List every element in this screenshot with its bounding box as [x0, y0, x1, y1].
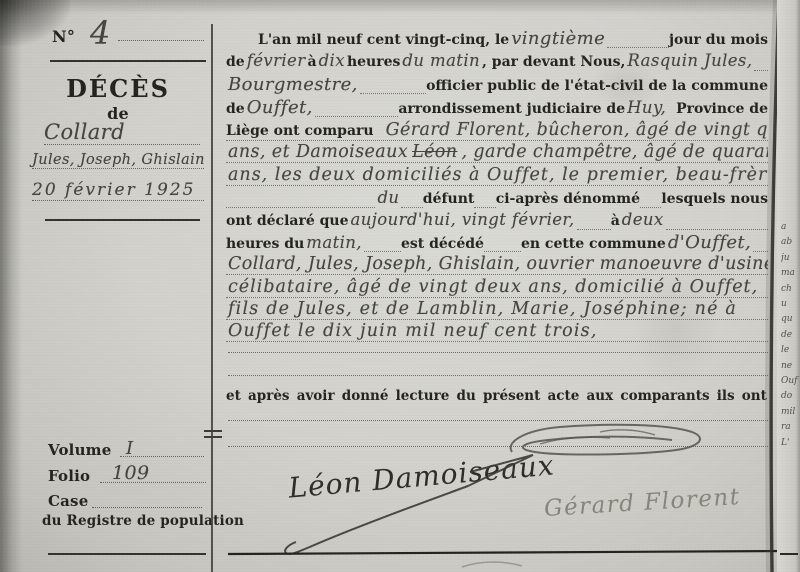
dotted-rule — [228, 375, 768, 376]
printed-text: jour du mois — [669, 32, 768, 48]
printed-text: en cette commune — [521, 236, 666, 252]
dotted-rule — [640, 195, 661, 208]
handwritten-text: février — [245, 51, 308, 71]
register-label: du Registre de population — [42, 513, 244, 529]
dotted-rule — [364, 239, 401, 252]
page-edge-shadow — [768, 0, 776, 572]
printed-text: de — [226, 101, 245, 117]
dotted-rule — [228, 420, 768, 421]
act-line-2: de février à dix heures du matin , par d… — [226, 51, 768, 71]
dotted-rule — [120, 456, 204, 457]
text-fragment: le — [781, 343, 800, 358]
text-fragment: a — [781, 220, 800, 235]
margin-divider — [50, 60, 206, 62]
scan-shadow-top — [0, 0, 800, 14]
text-fragment: do — [781, 389, 800, 404]
dotted-rule — [118, 40, 204, 41]
dotted-rule — [753, 239, 768, 252]
printed-text: de — [226, 54, 245, 70]
handwritten-text: du matin — [400, 51, 482, 71]
handwritten-text: aujourd'hui, vingt février, — [349, 210, 577, 230]
act-line-13: fils de Jules, et de Lamblin, Marie, Jos… — [226, 299, 768, 320]
margin-title: DÉCÈS — [30, 74, 206, 103]
text-fragment: L' — [781, 436, 800, 451]
text-fragment: qu — [781, 312, 800, 327]
signature-witness-damoiseaux: Léon Damoiseaux — [287, 448, 556, 504]
death-certificate-scan: N° 4 DÉCÈS de Collard Jules, Joseph, Ghi… — [0, 0, 800, 572]
handwritten-text: Huy, — [625, 98, 668, 117]
act-bottom-rule — [228, 551, 788, 554]
adjacent-page-text: a ab ju ma ch u qu de le ne Ouf do mil r… — [781, 220, 800, 451]
case-label: Case — [48, 492, 88, 510]
margin-vertical-rule — [211, 24, 213, 572]
margin-divider — [48, 553, 206, 555]
handwritten-text: Gérard Florent, bûcheron, âgé de vingt q… — [384, 120, 768, 141]
printed-text: L'an mil neuf cent vingt-cinq, le — [258, 32, 509, 48]
printed-text: à — [308, 54, 317, 70]
handwritten-text: Collard, Jules, Joseph, Ghislain, ouvrie… — [226, 254, 768, 275]
folio-row: Folio — [48, 467, 90, 485]
dotted-rule — [228, 352, 768, 353]
dotted-rule — [360, 81, 426, 94]
handwritten-text: fils de Jules, et de Lamblin, Marie, Jos… — [226, 299, 739, 320]
dotted-rule — [100, 482, 206, 483]
volume-label: Volume — [48, 441, 112, 459]
signature-witness-florent: Gérard Florent — [543, 484, 741, 522]
act-line-6: ans, et Damoiseaux Léon , garde champêtr… — [226, 142, 768, 163]
printed-text: arrondissement judiciaire de — [398, 101, 625, 117]
handwritten-text: d'Ouffet, — [666, 232, 753, 252]
act-line-3: Bourgmestre, officier public de l'état-c… — [226, 74, 768, 94]
act-line-11: Collard, Jules, Joseph, Ghislain, ouvrie… — [226, 254, 768, 275]
act-line-1: L'an mil neuf cent vingt-cinq, le vingti… — [226, 28, 768, 48]
handwritten-text: dix — [317, 51, 347, 71]
handwritten-text: ans, les deux domiciliés à Ouffet, le pr… — [226, 165, 768, 186]
act-line-7: ans, les deux domiciliés à Ouffet, le pr… — [226, 165, 768, 186]
faint-pen-mark — [462, 562, 522, 567]
printed-text: Province de — [676, 101, 768, 117]
text-fragment: ch — [781, 282, 800, 297]
printed-text: Liège ont comparu — [226, 123, 374, 139]
handwritten-text: Ouffet, — [245, 97, 315, 117]
handwritten-text: Bourgmestre, — [226, 74, 360, 94]
handwritten-text: Rasquin Jules, — [625, 51, 754, 71]
dotted-rule — [577, 217, 611, 230]
act-line-8: du défunt ci-après dénommé lesquels nous — [226, 188, 768, 208]
text-fragment: ab — [781, 235, 800, 250]
act-number-label: N° — [52, 27, 75, 46]
printed-text: est décédé — [401, 236, 484, 252]
printed-text: ci-après dénommé — [496, 191, 640, 207]
printed-text: officier public de l'état-civil de la co… — [426, 78, 768, 94]
text-fragment: ra — [781, 420, 800, 435]
scan-shadow-left — [0, 0, 22, 572]
act-line-14: Ouffet le dix juin mil neuf cent trois, — [226, 321, 768, 342]
folio-value: 109 — [112, 462, 149, 484]
handwritten-text: vingtième — [509, 28, 607, 48]
margin-deceased-firstnames: Jules, Joseph, Ghislain — [32, 152, 204, 169]
rule-tick — [204, 436, 222, 438]
adjacent-page-rule — [780, 553, 798, 555]
text-fragment: ma — [781, 266, 800, 281]
handwritten-text: deux — [620, 210, 666, 230]
act-line-closing: et après avoir donné lecture du présent … — [226, 388, 768, 408]
margin-deceased-surname: Collard — [44, 120, 200, 145]
case-row: Case — [48, 492, 88, 510]
dotted-rule — [474, 195, 495, 208]
act-line-12: célibataire, âgé de vingt deux ans, domi… — [226, 277, 768, 298]
printed-text: , par devant Nous, — [482, 54, 625, 70]
handwritten-text: , garde champêtre, âgé de quarante huit — [459, 142, 768, 163]
act-line-4: de Ouffet, arrondissement judiciaire de … — [226, 97, 768, 117]
text-fragment: mil — [781, 405, 800, 420]
margin-death-date: 20 février 1925 — [32, 180, 204, 201]
handwritten-text: du — [375, 188, 401, 208]
handwritten-text: matin, — [304, 233, 364, 252]
text-fragment: u — [781, 297, 800, 312]
dotted-rule — [226, 195, 375, 208]
dotted-rule — [315, 104, 399, 117]
text-fragment: Ouf — [781, 374, 800, 389]
dotted-rule — [484, 239, 521, 252]
handwritten-text: célibataire, âgé de vingt deux ans, domi… — [226, 277, 760, 298]
volume-row: Volume — [48, 441, 112, 459]
text-fragment: de — [781, 328, 800, 343]
act-line-5: Liège ont comparu Gérard Florent, bûcher… — [226, 120, 768, 141]
text-fragment: ne — [781, 359, 800, 374]
dotted-rule — [607, 35, 669, 48]
act-number-row: N° — [52, 27, 75, 46]
dotted-rule — [228, 446, 768, 447]
dotted-rule — [92, 507, 202, 508]
printed-text: ont déclaré que — [226, 213, 349, 229]
dotted-rule — [666, 217, 768, 230]
printed-text: et après avoir donné lecture du présent … — [226, 388, 768, 404]
act-line-9: ont déclaré que aujourd'hui, vingt févri… — [226, 210, 768, 230]
printed-text: défunt — [423, 191, 475, 207]
folio-label: Folio — [48, 467, 90, 485]
margin-divider — [45, 219, 200, 221]
dotted-rule — [754, 58, 768, 71]
rule-tick — [204, 430, 222, 432]
text-fragment: ju — [781, 251, 800, 266]
handwritten-text: ans, et Damoiseaux — [226, 142, 410, 163]
handwritten-text: Ouffet le dix juin mil neuf cent trois, — [226, 321, 600, 342]
printed-text: lesquels nous — [661, 191, 768, 207]
act-line-10: heures du matin, est décédé en cette com… — [226, 232, 768, 252]
printed-text: heures du — [226, 236, 304, 252]
act-number-value: 4 — [90, 14, 111, 52]
printed-text: à — [611, 213, 620, 229]
printed-text: heures — [347, 54, 400, 70]
dotted-rule — [401, 195, 422, 208]
handwritten-struck-text: Léon — [410, 142, 459, 163]
